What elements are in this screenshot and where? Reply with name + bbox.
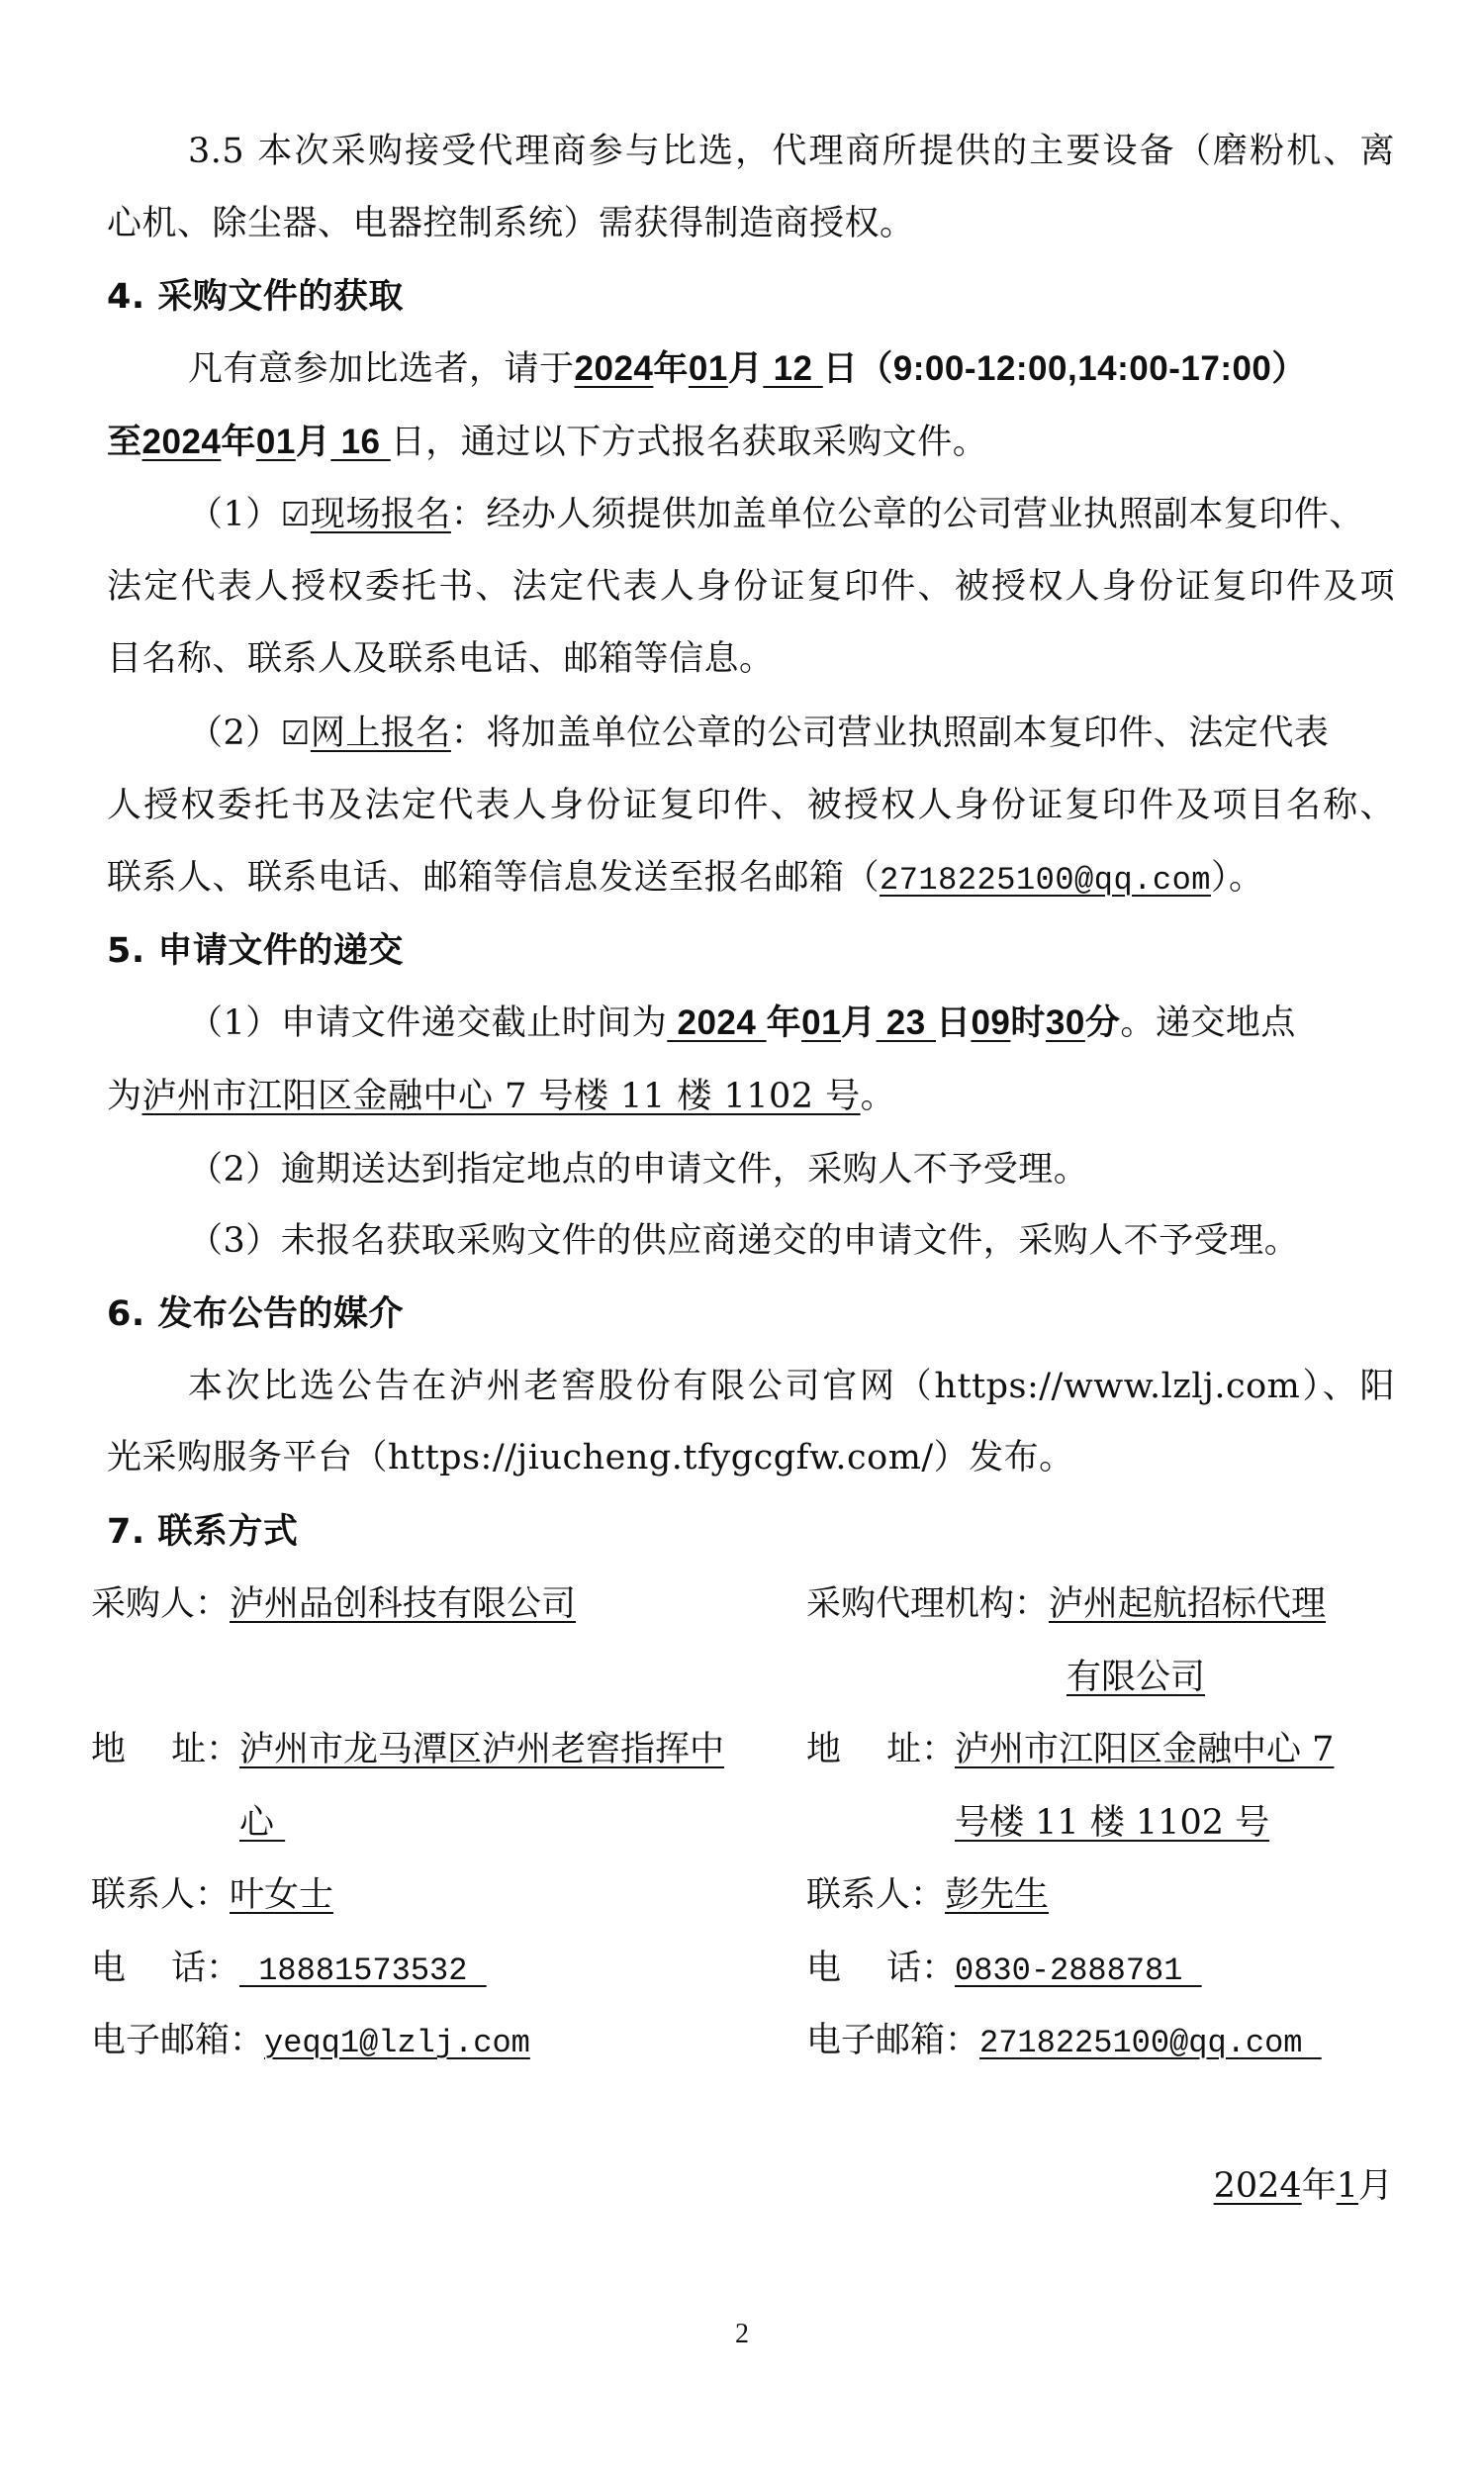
year-char: 年	[221, 423, 256, 461]
late-submission-note: （2）逾期送达到指定地点的申请文件，采购人不予受理。	[188, 1147, 1395, 1192]
agency-name-row: 采购代理机构：泸州起航招标代理	[806, 1581, 1326, 1627]
method1-line3: 目名称、联系人及联系电话、邮箱等信息。	[107, 636, 1395, 682]
purchaser-address-line1: 泸州市龙马潭区泸州老窖指挥中	[239, 1730, 724, 1769]
method2-number: （2）	[188, 714, 281, 753]
section-6-heading: 6. 发布公告的媒介	[107, 1291, 1395, 1337]
method2-line1: （2）☑网上报名：将加盖单位公章的公司营业执照副本复印件、法定代表	[188, 711, 1395, 756]
purchaser-phone: 18881573532	[239, 1953, 487, 1989]
signature-year: 2024	[1214, 2166, 1302, 2206]
section-4-intro-line1: 凡有意参加比选者，请于2024年01月 12 日（9:00-12:00,14:0…	[188, 346, 1395, 392]
item-3-5-line2: 心机、除尘器、电器控制系统）需获得制造商授权。	[107, 201, 1395, 246]
method2-title-text: 网上报名	[311, 714, 451, 753]
agency-contact-row: 联系人：彭先生	[806, 1872, 1049, 1918]
month-char: 月	[841, 1003, 877, 1042]
agency-contact: 彭先生	[945, 1875, 1049, 1915]
end-month: 01	[256, 423, 296, 461]
agency-address-row: 地 址：泸州市江阳区金融中心 7	[806, 1727, 1334, 1772]
agency-phone: 0830-2888781	[955, 1953, 1202, 1989]
checkbox-checked-icon: ☑	[281, 492, 311, 537]
method1-title: ☑现场报名	[281, 495, 451, 534]
agency-name-line2: 有限公司	[1067, 1658, 1205, 1697]
method1-title-text: 现场报名	[311, 495, 451, 534]
agency-name-line1: 泸州起航招标代理	[1049, 1584, 1326, 1624]
deadline-year: 2024	[667, 1003, 766, 1042]
section-4-intro-line2: 至2024年01月 16 日，通过以下方式报名获取采购文件。	[107, 420, 1395, 465]
agency-address-line2-row: 号楼 11 楼 1102 号	[955, 1800, 1269, 1846]
deadline-hour: 09	[971, 1003, 1010, 1042]
agency-name-line2-row: 有限公司	[1067, 1655, 1205, 1700]
item-3-5-line1: 3.5 本次采购接受代理商参与比选，代理商所提供的主要设备（磨粉机、离	[188, 129, 1395, 174]
purchaser-address-label: 地 址：	[91, 1727, 239, 1772]
purchaser-name: 泸州品创科技有限公司	[230, 1584, 576, 1624]
purchaser-contact-label: 联系人：	[91, 1875, 230, 1915]
purchaser-name-row: 采购人：泸州品创科技有限公司	[91, 1581, 576, 1627]
to-char: 至	[107, 423, 142, 461]
method2-line2: 人授权委托书及法定代表人身份证复印件、被授权人身份证复印件及项目名称、	[107, 783, 1395, 828]
purchaser-contact-row: 联系人：叶女士	[91, 1872, 333, 1918]
month-char: 月	[728, 349, 764, 388]
deadline-month: 01	[801, 1003, 841, 1042]
media-line1: 本次比选公告在泸州老窖股份有限公司官网（https://www.lzlj.com…	[188, 1364, 1395, 1409]
hour-char: 时	[1010, 1003, 1046, 1042]
year-char: 年	[653, 349, 689, 388]
day-char: 日	[936, 1003, 972, 1042]
agency-email-label: 电子邮箱：	[806, 2021, 979, 2060]
month-char: 月	[296, 423, 331, 461]
method2-title: ☑网上报名	[281, 714, 451, 753]
month-char: 月	[1358, 2166, 1393, 2206]
agency-label: 采购代理机构：	[806, 1584, 1049, 1624]
agency-address-label: 地 址：	[806, 1727, 955, 1772]
agency-address-line1: 泸州市江阳区金融中心 7	[955, 1730, 1334, 1769]
intro-prefix: 凡有意参加比选者，请于	[188, 349, 575, 389]
method1-line1: （1）☑现场报名：经办人须提供加盖单位公章的公司营业执照副本复印件、	[188, 492, 1395, 537]
purchaser-label: 采购人：	[91, 1584, 230, 1624]
purchaser-phone-row: 电 话： 18881573532	[91, 1946, 487, 1991]
start-day: 12	[763, 349, 822, 388]
method1-rest: ：经办人须提供加盖单位公章的公司营业执照副本复印件、	[451, 495, 1364, 534]
end-day: 16	[330, 423, 390, 461]
start-year: 2024	[575, 349, 654, 388]
purchaser-phone-label: 电 话：	[91, 1946, 239, 1991]
method2-line3-prefix: 联系人、联系电话、邮箱等信息发送至报名邮箱（	[107, 858, 880, 898]
media-line2: 光采购服务平台（https://jiucheng.tfygcgfw.com/）发…	[107, 1435, 1395, 1480]
agency-phone-row: 电 话：0830-2888781	[806, 1946, 1202, 1991]
agency-address-line2: 号楼 11 楼 1102 号	[955, 1803, 1269, 1843]
purchaser-contact: 叶女士	[230, 1875, 333, 1915]
intro-suffix: 日，通过以下方式报名获取采购文件。	[391, 423, 988, 462]
registration-email[interactable]: 2718225100@qq.com	[880, 862, 1211, 899]
deadline-prefix: （1）申请文件递交截止时间为	[188, 1003, 667, 1043]
section-4-heading: 4. 采购文件的获取	[107, 274, 1395, 320]
location-prefix: 为	[107, 1077, 142, 1116]
submission-location: 泸州市江阳区金融中心 7 号楼 11 楼 1102 号	[142, 1077, 861, 1116]
purchaser-email[interactable]: yeqq1@lzlj.com	[264, 2025, 530, 2061]
section-7-heading: 7. 联系方式	[107, 1509, 1395, 1555]
purchaser-email-label: 电子邮箱：	[91, 2021, 264, 2060]
deadline-line2: 为泸州市江阳区金融中心 7 号楼 11 楼 1102 号。	[107, 1074, 1395, 1119]
end-year: 2024	[142, 423, 222, 461]
purchaser-address-row: 地 址：泸州市龙马潭区泸州老窖指挥中	[91, 1727, 724, 1772]
purchaser-email-row: 电子邮箱：yeqq1@lzlj.com	[91, 2018, 530, 2063]
method2-line3-suffix: ）。	[1211, 858, 1264, 898]
start-month: 01	[689, 349, 728, 388]
day-char: 日	[823, 349, 859, 388]
year-char: 年	[1302, 2166, 1337, 2206]
method2-line3: 联系人、联系电话、邮箱等信息发送至报名邮箱（2718225100@qq.com）…	[107, 855, 1395, 901]
unregistered-note: （3）未报名获取采购文件的供应商递交的申请文件，采购人不予受理。	[188, 1218, 1395, 1264]
method1-line2: 法定代表人授权委托书、法定代表人身份证复印件、被授权人身份证复印件及项	[107, 564, 1395, 610]
method1-number: （1）	[188, 495, 281, 534]
purchaser-address-line2: 心	[239, 1800, 285, 1846]
year-char: 年	[767, 1003, 802, 1042]
location-suffix: 。	[861, 1077, 896, 1116]
minute-char: 分	[1085, 1003, 1121, 1042]
method2-rest: ：将加盖单位公章的公司营业执照副本复印件、法定代表	[451, 714, 1330, 753]
page-number: 2	[732, 2319, 752, 2350]
deadline-day: 23	[877, 1003, 936, 1042]
deadline-suffix: 。递交地点	[1120, 1003, 1296, 1043]
section-5-heading: 5. 申请文件的递交	[107, 928, 1395, 974]
checkbox-checked-icon: ☑	[281, 711, 311, 756]
signature-date: 2024年1月	[1214, 2163, 1393, 2209]
signature-month: 1	[1337, 2166, 1358, 2206]
deadline-minute: 30	[1046, 1003, 1085, 1042]
agency-email-row: 电子邮箱：2718225100@qq.com	[806, 2018, 1322, 2063]
office-hours: （9:00-12:00,14:00-17:00）	[858, 349, 1307, 388]
purchaser-address-continued: 心	[239, 1803, 285, 1843]
agency-contact-label: 联系人：	[806, 1875, 945, 1915]
agency-email[interactable]: 2718225100@qq.com	[979, 2025, 1322, 2061]
agency-phone-label: 电 话：	[806, 1946, 955, 1991]
deadline-line1: （1）申请文件递交截止时间为 2024 年01月 23 日09时30分。递交地点	[188, 1001, 1395, 1046]
